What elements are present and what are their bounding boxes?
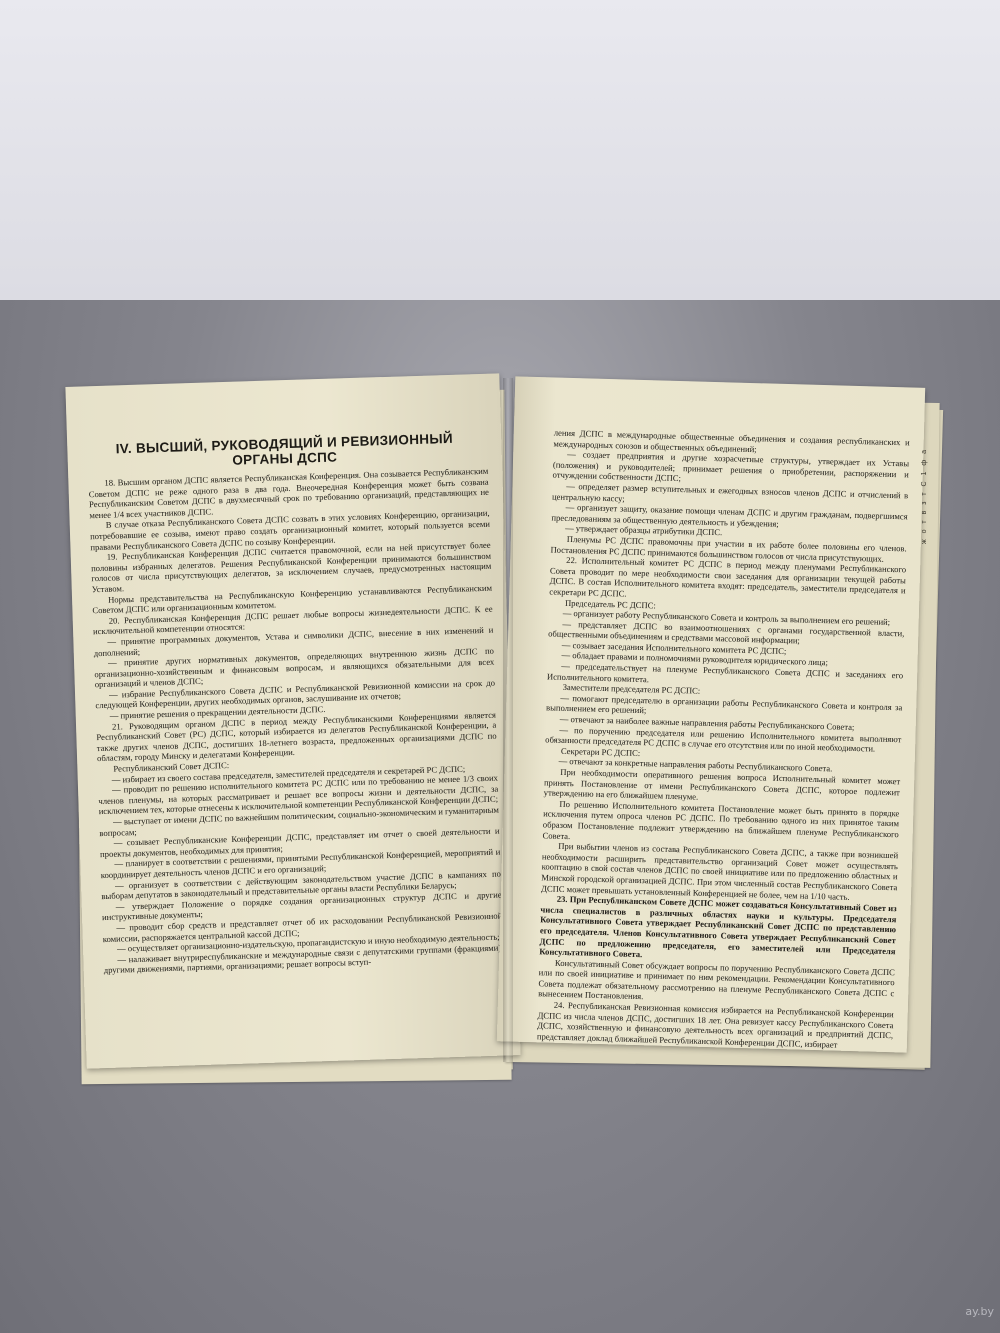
paragraph: 24. Республиканская Ревизионная комиссия… <box>537 999 894 1051</box>
left-page-text: 18. Высшим органом ДСПС является Республ… <box>68 465 517 976</box>
right-page: ления ДСПС в международные общественные … <box>497 376 925 1052</box>
paragraph: 23. При Республиканском Совете ДСПС може… <box>539 893 897 966</box>
right-page-text: ления ДСПС в международные общественные … <box>497 376 925 1052</box>
booklet-spine <box>503 378 513 1062</box>
watermark: ay.by <box>965 1305 994 1318</box>
left-page: IV. ВЫСШИЙ, РУКОВОДЯЩИЙ И РЕВИЗИОННЫЙ ОР… <box>65 373 520 1068</box>
background-wall <box>0 0 1000 300</box>
section-title: IV. ВЫСШИЙ, РУКОВОДЯЩИЙ И РЕВИЗИОННЫЙ ОР… <box>87 430 482 472</box>
underlying-sheet-edge-text: ж о т в з т С 1 ф а <box>920 448 934 544</box>
